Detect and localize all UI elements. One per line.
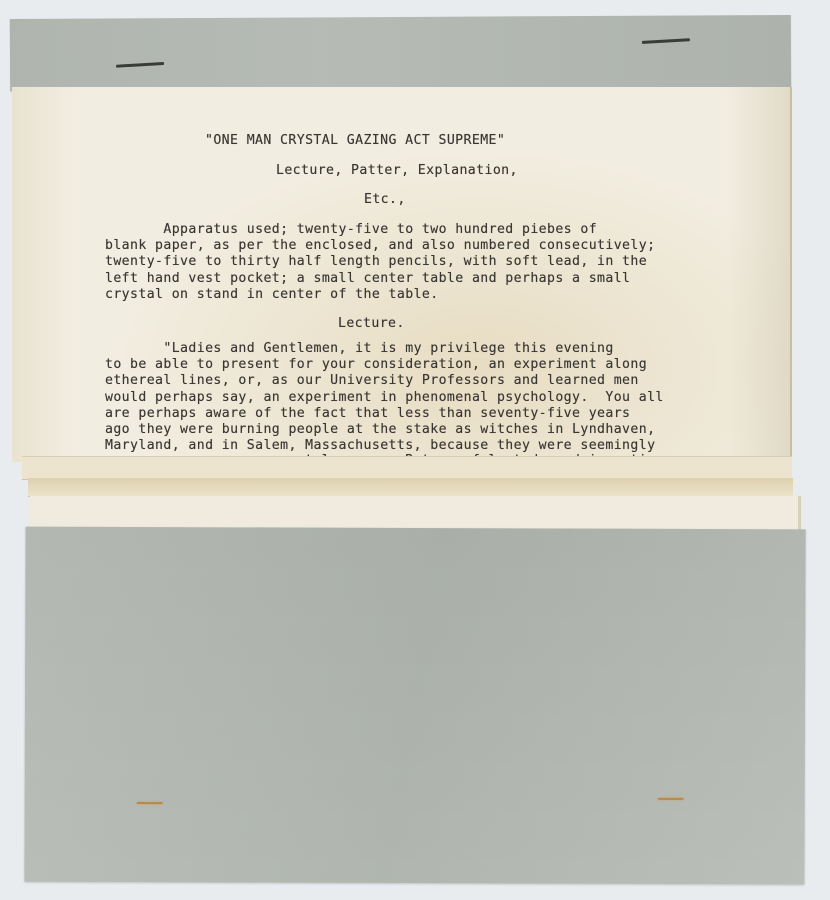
lecture-paragraph: "Ladies and Gentlemen, it is my privileg… [105,341,664,454]
folded-page-edge [22,456,792,480]
document-etc: Etc., [364,192,406,207]
apparatus-paragraph: Apparatus used; twenty-five to two hundr… [105,222,655,303]
folded-page-edge [30,496,801,530]
document-subtitle: Lecture, Patter, Explanation, [276,163,518,178]
staple-hole-left-icon [137,802,163,804]
lecture-heading: Lecture. [338,316,405,331]
gray-cover-top-flap [10,15,791,91]
folded-page-edge [28,478,793,497]
staple-right-icon [642,38,690,44]
gray-cover-bottom-flap [24,527,805,885]
staple-left-icon [116,62,164,68]
staple-hole-right-icon [658,798,684,800]
document-title: "ONE MAN CRYSTAL GAZING ACT SUPREME" [205,133,505,148]
